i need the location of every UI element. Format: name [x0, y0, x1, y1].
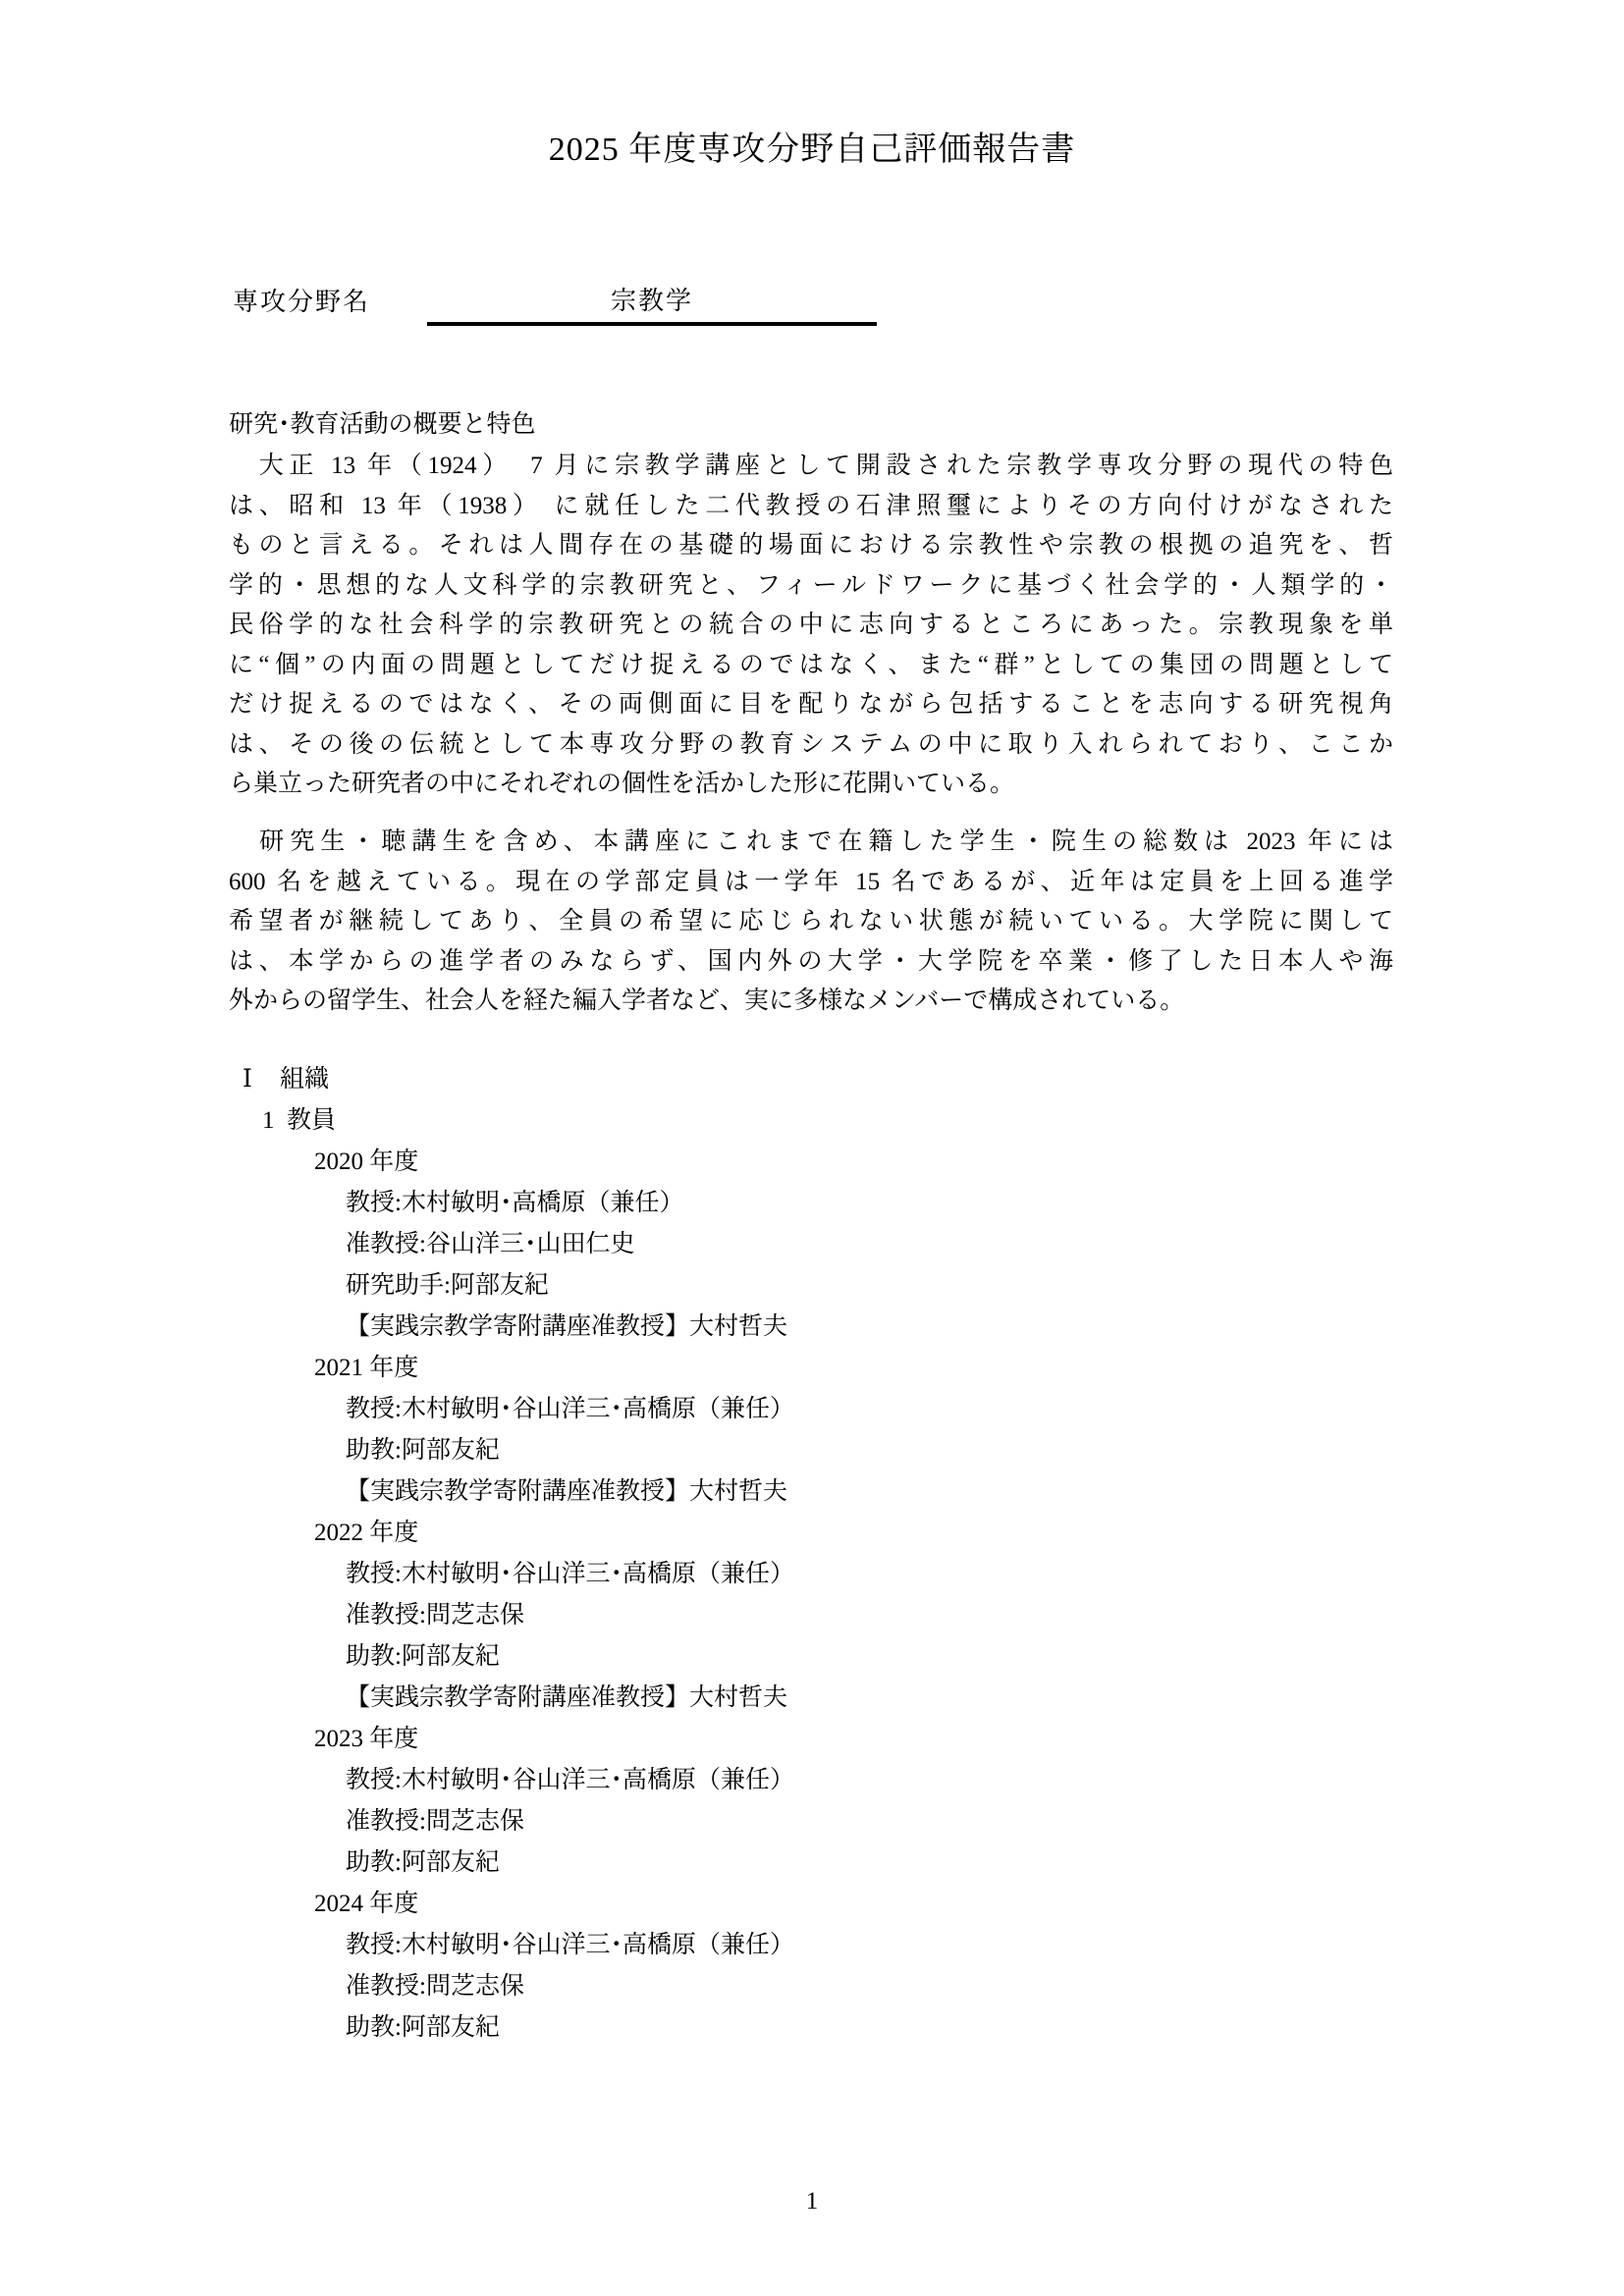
faculty-staff-row: 助教:阿部友紀 [229, 1842, 1393, 1884]
paragraph-line: は、本学からの進学者のみならず、国内外の大学・大学院を卒業・修了した日本人や海 [229, 942, 1393, 983]
faculty-subsection-heading: 1教員 [229, 1100, 1393, 1142]
paragraph-line: 大正 13 年（1924） 7 月に宗教学講座として開設された宗教学専攻分野の現… [229, 447, 1393, 487]
field-underline: 宗教学 [427, 283, 877, 326]
faculty-year-label: 2024 年度 [229, 1884, 1393, 1925]
subsection-number: 1 [262, 1100, 287, 1142]
paragraph-line: 研究生・聴講生を含め、本講座にこれまで在籍した学生・院生の総数は 2023 年に… [229, 823, 1393, 863]
paragraph-line: だけ捉えるのではなく、その両側面に目を配りながら包括することを志向する研究視角 [229, 685, 1393, 725]
document-page: 2025 年度専攻分野自己評価報告書 専攻分野名 宗教学 研究･教育活動の概要と… [0, 0, 1624, 2296]
paragraph-line: ものと言える。それは人間存在の基礎的場面における宗教性や宗教の根拠の追究を、哲 [229, 526, 1393, 566]
overview-paragraph-1: 大正 13 年（1924） 7 月に宗教学講座として開設された宗教学専攻分野の現… [229, 447, 1393, 805]
document-title: 2025 年度専攻分野自己評価報告書 [0, 129, 1624, 172]
faculty-staff-row: 【実践宗教学寄附講座准教授】大村哲夫 [229, 1678, 1393, 1719]
paragraph-line: 学的・思想的な人文科学的宗教研究と、フィールドワークに基づく社会学的・人類学的・ [229, 566, 1393, 607]
overview-heading: 研究･教育活動の概要と特色 [229, 405, 536, 444]
faculty-staff-row: 教授:木村敏明･谷山洋三･高橋原（兼任） [229, 1760, 1393, 1801]
faculty-staff-row: 准教授:問芝志保 [229, 1595, 1393, 1636]
faculty-year-label: 2022 年度 [229, 1513, 1393, 1554]
paragraph-line: 外からの留学生、社会人を経た編入学者など、実に多様なメンバーで構成されている。 [229, 982, 1393, 1022]
paragraph-line: 民俗学的な社会科学的宗教研究との統合の中に志向するところにあった。宗教現象を単 [229, 606, 1393, 646]
field-label: 専攻分野名 [233, 285, 370, 320]
faculty-staff-row: 教授:木村敏明･谷山洋三･高橋原（兼任） [229, 1925, 1393, 1966]
faculty-staff-row: 准教授:谷山洋三･山田仁史 [229, 1224, 1393, 1265]
section-title: 組織 [280, 1066, 329, 1093]
field-value: 宗教学 [611, 287, 693, 315]
faculty-staff-row: 助教:阿部友紀 [229, 1430, 1393, 1471]
faculty-staff-row: 教授:木村敏明･谷山洋三･高橋原（兼任） [229, 1389, 1393, 1430]
paragraph-line: ら巣立った研究者の中にそれぞれの個性を活かした形に花開いている。 [229, 765, 1393, 805]
faculty-year-label: 2020 年度 [229, 1142, 1393, 1183]
page-number: 1 [0, 2187, 1624, 2216]
faculty-years-list: 2020 年度教授:木村敏明･高橋原（兼任）准教授:谷山洋三･山田仁史研究助手:… [229, 1142, 1393, 2049]
paragraph-line: は、昭和 13 年（1938） に就任した二代教授の石津照璽によりその方向付けが… [229, 487, 1393, 527]
faculty-staff-row: 助教:阿部友紀 [229, 1636, 1393, 1678]
section-number: Ⅰ [243, 1059, 280, 1100]
paragraph-line: は、その後の伝統として本専攻分野の教育システムの中に取り入れられており、ここか [229, 725, 1393, 766]
faculty-staff-row: 【実践宗教学寄附講座准教授】大村哲夫 [229, 1307, 1393, 1348]
subsection-title: 教員 [287, 1107, 336, 1134]
faculty-staff-row: 助教:阿部友紀 [229, 2007, 1393, 2049]
faculty-year-label: 2021 年度 [229, 1348, 1393, 1389]
paragraph-line: に“個”の内面の問題としてだけ捉えるのではなく、また“群”としての集団の問題とし… [229, 646, 1393, 686]
paragraph-line: 600 名を越えている。現在の学部定員は一学年 15 名であるが、近年は定員を上… [229, 863, 1393, 903]
faculty-staff-row: 准教授:問芝志保 [229, 1801, 1393, 1842]
faculty-staff-row: 准教授:問芝志保 [229, 1966, 1393, 2007]
paragraph-line: 希望者が継続してあり、全員の希望に応じられない状態が続いている。大学院に関して [229, 902, 1393, 942]
faculty-staff-row: 教授:木村敏明･谷山洋三･高橋原（兼任） [229, 1554, 1393, 1595]
faculty-year-label: 2023 年度 [229, 1719, 1393, 1760]
faculty-staff-row: 研究助手:阿部友紀 [229, 1265, 1393, 1307]
organization-section-heading: Ⅰ組織 [229, 1059, 1393, 1100]
overview-paragraph-2: 研究生・聴講生を含め、本講座にこれまで在籍した学生・院生の総数は 2023 年に… [229, 823, 1393, 1022]
faculty-staff-row: 教授:木村敏明･高橋原（兼任） [229, 1183, 1393, 1224]
organization-section: Ⅰ組織 1教員 2020 年度教授:木村敏明･高橋原（兼任）准教授:谷山洋三･山… [229, 1059, 1393, 2049]
faculty-staff-row: 【実践宗教学寄附講座准教授】大村哲夫 [229, 1471, 1393, 1513]
